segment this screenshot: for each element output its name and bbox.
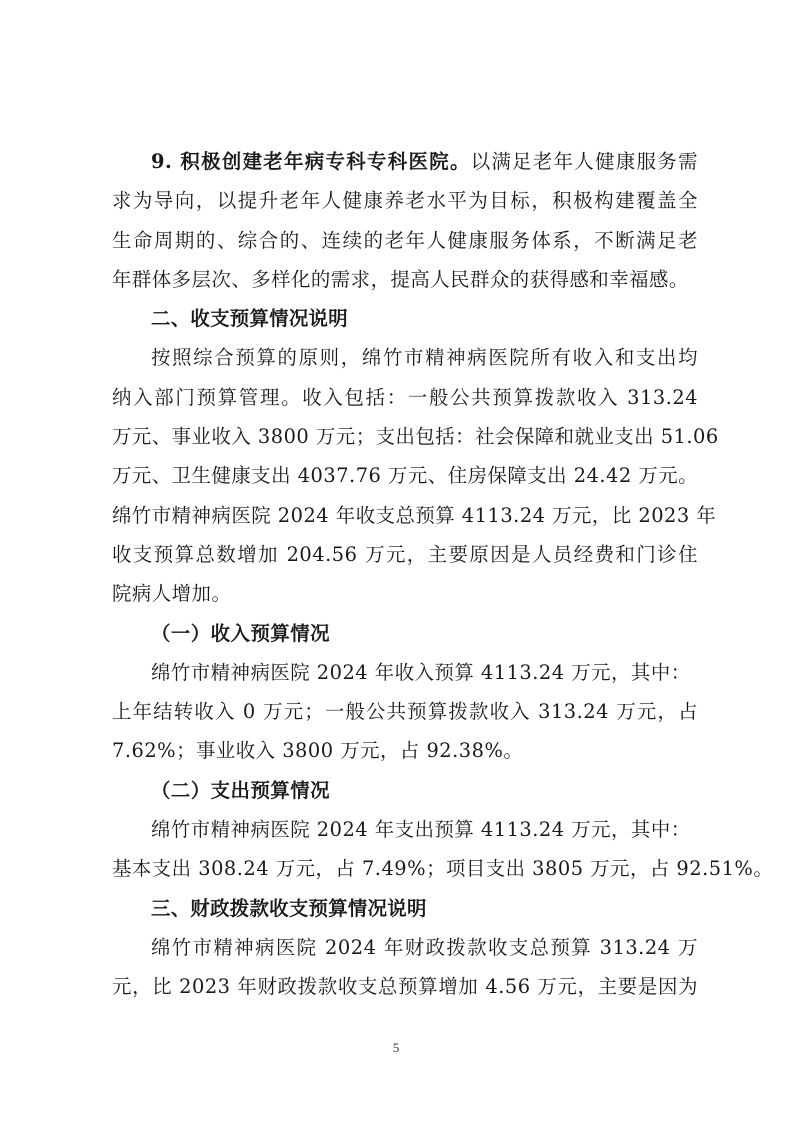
document-page: 9. 积极创建老年病专科专科医院。以满足老年人健康服务需 求为导向，以提升老年人… <box>112 142 698 1007</box>
section2-para-line: 按照综合预算的原则，绵竹市精神病医院所有收入和支出均 <box>112 338 698 377</box>
section2-para-line: 院病人增加。 <box>112 574 698 613</box>
section2-para-line: 万元、卫生健康支出 4037.76 万元、住房保障支出 24.42 万元。 <box>112 456 698 495</box>
sub1-heading: （一）收入预算情况 <box>112 614 698 653</box>
sub1-para-line: 7.62%；事业收入 3800 万元，占 92.38%。 <box>112 731 698 770</box>
section3-heading: 三、财政拨款收支预算情况说明 <box>112 889 698 928</box>
section3-para-line: 元，比 2023 年财政拨款收支总预算增加 4.56 万元，主要是因为 <box>112 967 698 1006</box>
section2-heading: 二、收支预算情况说明 <box>112 299 698 338</box>
item9-line4: 年群体多层次、多样化的需求，提高人民群众的获得感和幸福感。 <box>112 260 698 299</box>
sub2-heading: （二）支出预算情况 <box>112 771 698 810</box>
item9-line2: 求为导向，以提升老年人健康养老水平为目标，积极构建覆盖全 <box>112 181 698 220</box>
sub2-para-line: 绵竹市精神病医院 2024 年支出预算 4113.24 万元，其中： <box>112 810 698 849</box>
section3-para-line: 绵竹市精神病医院 2024 年财政拨款收支总预算 313.24 万 <box>112 928 698 967</box>
sub1-para-line: 上年结转收入 0 万元；一般公共预算拨款收入 313.24 万元，占 <box>112 692 698 731</box>
item9-line1: 9. 积极创建老年病专科专科医院。以满足老年人健康服务需 <box>112 142 698 181</box>
section2-para-line: 绵竹市精神病医院 2024 年收支总预算 4113.24 万元，比 2023 年 <box>112 496 698 535</box>
page-number: 5 <box>0 1040 792 1056</box>
item9-lead-bold: 9. 积极创建老年病专科专科医院。 <box>151 150 471 173</box>
section2-para-line: 收支预算总数增加 204.56 万元，主要原因是人员经费和门诊住 <box>112 535 698 574</box>
section2-para-line: 万元、事业收入 3800 万元；支出包括：社会保障和就业支出 51.06 <box>112 417 698 456</box>
item9-line3: 生命周期的、综合的、连续的老年人健康服务体系，不断满足老 <box>112 221 698 260</box>
section2-para-line: 纳入部门预算管理。收入包括：一般公共预算拨款收入 313.24 <box>112 378 698 417</box>
sub1-para-line: 绵竹市精神病医院 2024 年收入预算 4113.24 万元，其中： <box>112 653 698 692</box>
sub2-para-line: 基本支出 308.24 万元，占 7.49%；项目支出 3805 万元，占 92… <box>112 849 698 888</box>
item9-line1-rest: 以满足老年人健康服务需 <box>471 150 698 173</box>
